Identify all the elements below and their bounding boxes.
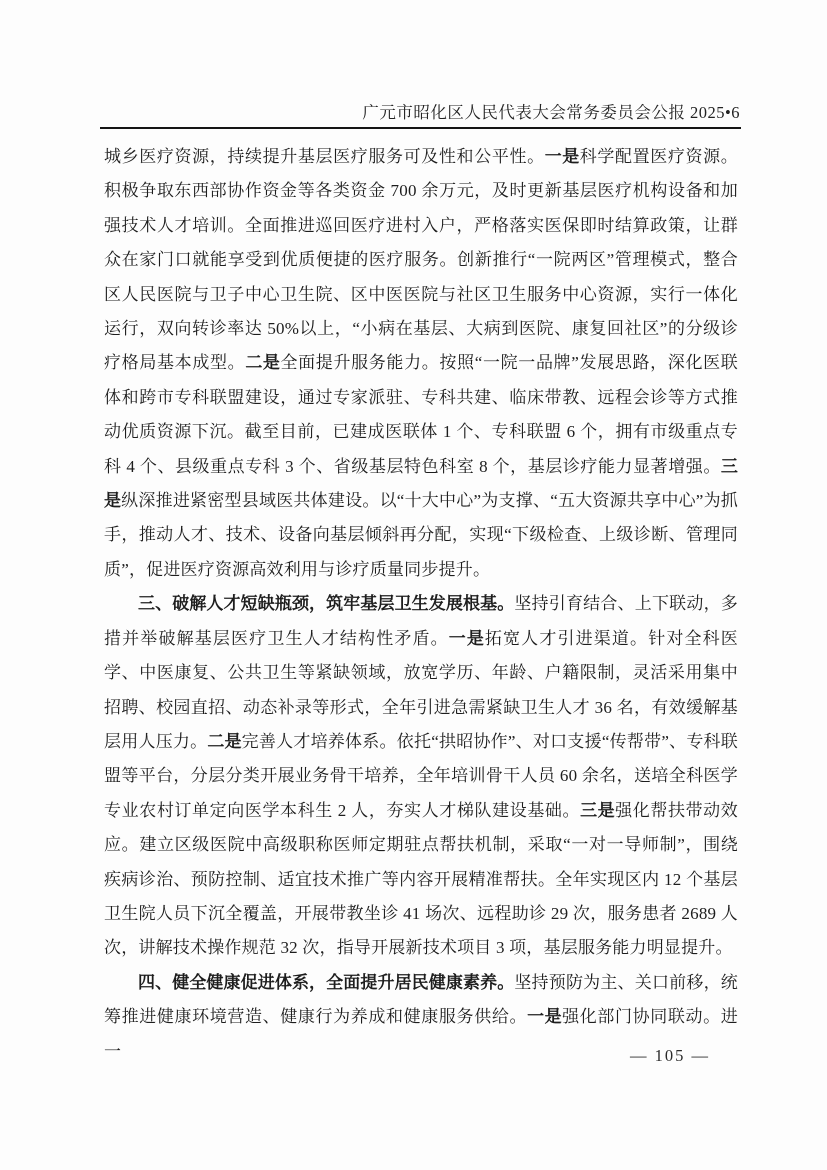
- header-title: 广元市昭化区人民代表大会常务委员会公报 2025•6: [104, 103, 740, 123]
- gazette-page: 广元市昭化区人民代表大会常务委员会公报 2025•6 城乡医疗资源，持续提升基层…: [0, 0, 827, 1170]
- bold-run: 一是: [527, 1007, 562, 1026]
- bold-run: 三是: [580, 801, 615, 820]
- paragraph: 城乡医疗资源，持续提升基层医疗服务可及性和公平性。一是科学配置医疗资源。积极争取…: [104, 140, 738, 587]
- bold-run: 一是: [545, 147, 580, 166]
- text-run: 科学配置医疗资源。积极争取东西部协作资金等各类资金 700 余万元，及时更新基层…: [104, 147, 738, 372]
- paragraph: 三、破解人才短缺瓶颈，筑牢基层卫生发展根基。坚持引育结合、上下联动，多措并举破解…: [104, 587, 738, 965]
- bold-run: 一是: [449, 629, 485, 648]
- text-run: 城乡医疗资源，持续提升基层医疗服务可及性和公平性。: [104, 147, 545, 166]
- bold-run: 四、健全健康促进体系，全面提升居民健康素养。: [138, 973, 514, 992]
- text-run: 纵深推进紧密型县域医共体建设。以“十大中心”为支撑、“五大资源共享中心”为抓手，…: [104, 491, 738, 579]
- document-body: 城乡医疗资源，持续提升基层医疗服务可及性和公平性。一是科学配置医疗资源。积极争取…: [104, 140, 738, 1069]
- bold-run: 二是: [207, 732, 241, 751]
- page-number: — 105 —: [104, 1046, 740, 1066]
- bold-run: 二是: [245, 353, 280, 372]
- text-run: 强化帮扶带动效应。建立区级医院中高级职称医师定期驻点帮扶机制，采取“一对一导师制…: [104, 801, 738, 958]
- bold-run: 三、破解人才短缺瓶颈，筑牢基层卫生发展根基。: [138, 594, 514, 613]
- header-rule: [100, 127, 741, 129]
